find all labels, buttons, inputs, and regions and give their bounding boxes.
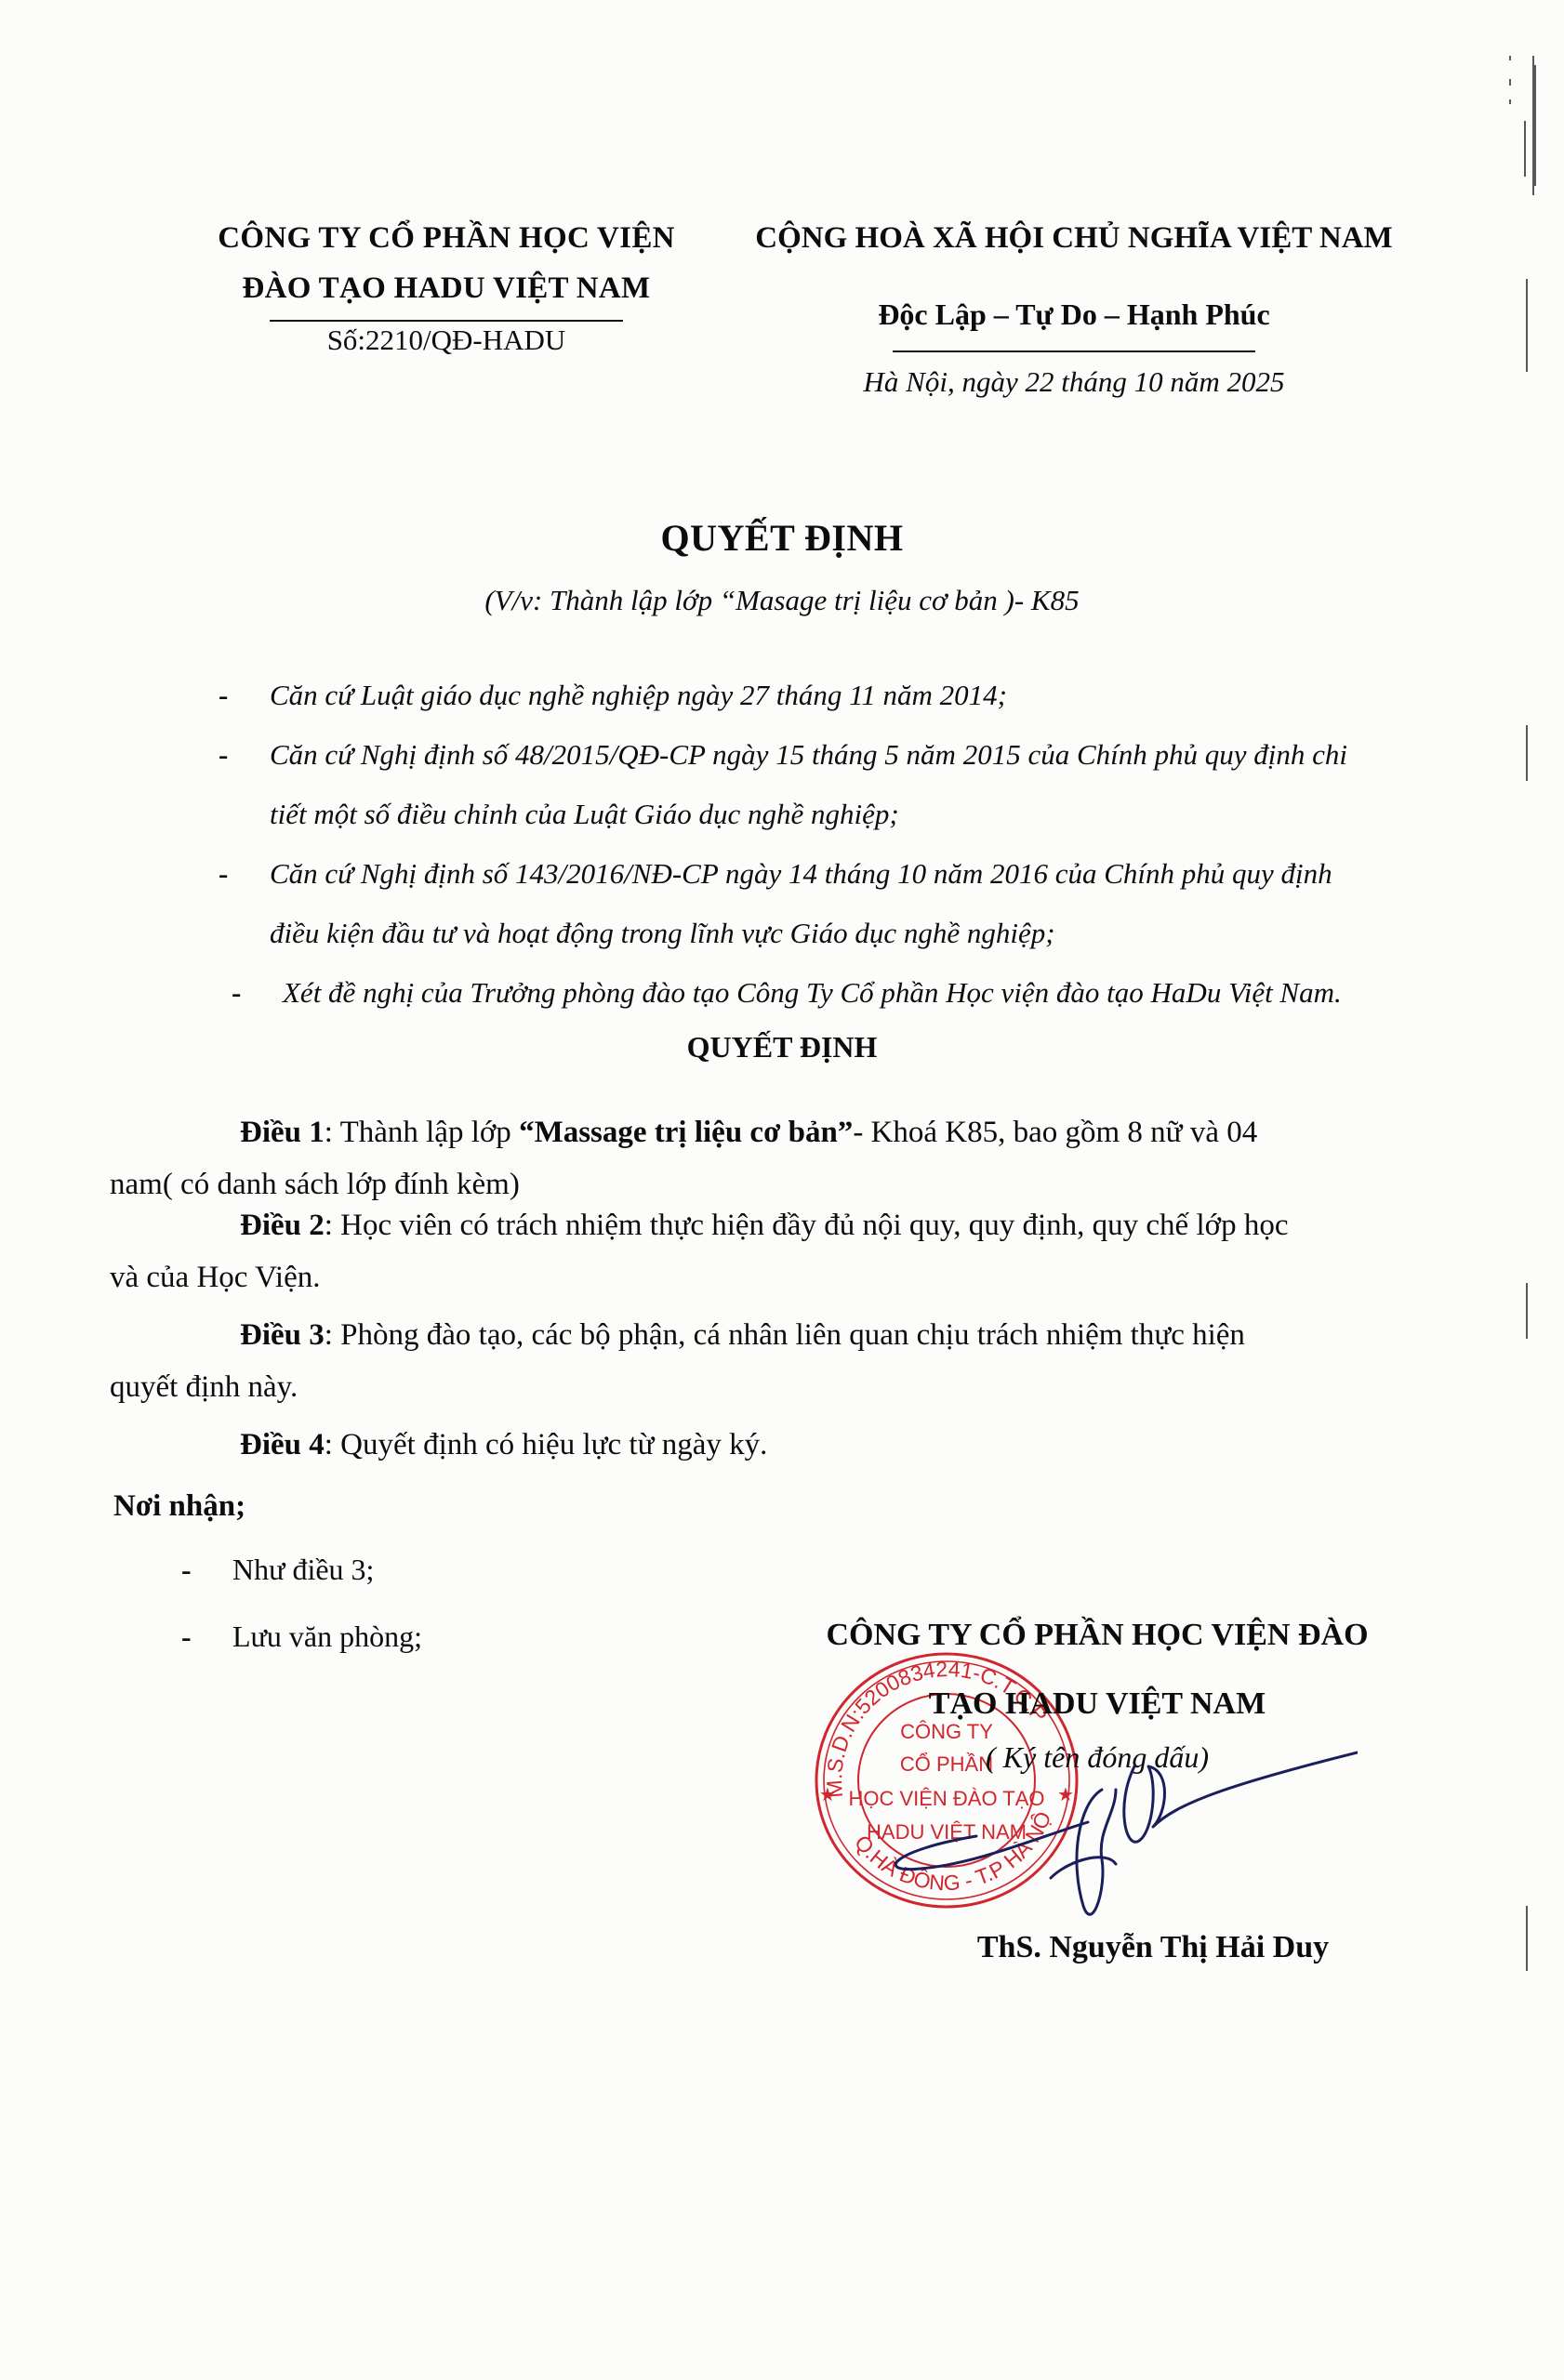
article-text: : Học viên có trách nhiệm thực hiện đầy …	[325, 1209, 1289, 1242]
recipient-item: -Như điều 3;	[181, 1553, 374, 1587]
signer-name: ThS. Nguyễn Thị Hải Duy	[874, 1930, 1432, 1965]
legal-basis-text: Căn cứ Nghị định số 48/2015/QĐ-CP ngày 1…	[270, 725, 1478, 785]
legal-basis-text: điều kiện đầu tư và hoạt động trong lĩnh…	[270, 904, 1478, 963]
legal-basis-text: Căn cứ Luật giáo dục nghề nghiệp ngày 27…	[270, 666, 1478, 725]
nation-name: CỘNG HOÀ XÃ HỘI CHỦ NGHĨA VIỆT NAM	[725, 216, 1423, 260]
recipient-item: -Lưu văn phòng;	[181, 1620, 422, 1654]
legal-basis-item: -Căn cứ Nghị định số 143/2016/NĐ-CP ngày…	[270, 844, 1478, 963]
legal-basis-list: -Căn cứ Luật giáo dục nghề nghiệp ngày 2…	[270, 666, 1478, 1023]
place-date: Hà Nội, ngày 22 tháng 10 năm 2025	[725, 365, 1423, 399]
bullet: -	[219, 844, 228, 904]
recipients-title: Nơi nhận;	[113, 1489, 245, 1524]
issuer-name-line2: ĐÀO TẠO HADU VIỆT NAM	[177, 266, 716, 311]
bullet: -	[181, 1553, 232, 1587]
article-label: Điều 2	[240, 1209, 325, 1242]
divider	[893, 350, 1255, 352]
recipient-text: Như điều 3;	[232, 1553, 374, 1586]
national-header: CỘNG HOÀ XÃ HỘI CHỦ NGHĨA VIỆT NAM Độc L…	[725, 216, 1423, 399]
article-text: : Phòng đào tạo, các bộ phận, cá nhân li…	[325, 1318, 1245, 1352]
article-3: Điều 3: Phòng đào tạo, các bộ phận, cá n…	[110, 1309, 1477, 1413]
article-text: : Quyết định có hiệu lực từ ngày ký.	[325, 1428, 768, 1461]
article-text: - Khoá K85, bao gồm 8 nữ và 04	[853, 1116, 1257, 1149]
legal-basis-item: -Căn cứ Nghị định số 48/2015/QĐ-CP ngày …	[270, 725, 1478, 844]
legal-basis-item: -Căn cứ Luật giáo dục nghề nghiệp ngày 2…	[270, 666, 1478, 725]
article-label: Điều 3	[240, 1318, 325, 1352]
article-label: Điều 1	[240, 1116, 325, 1149]
legal-basis-text: Căn cứ Nghị định số 143/2016/NĐ-CP ngày …	[270, 844, 1478, 904]
svg-text:★: ★	[819, 1785, 836, 1805]
course-name: “Massage trị liệu cơ bản”	[519, 1116, 853, 1149]
document-title: QUYẾT ĐỊNH	[0, 516, 1564, 560]
article-4: Điều 4: Quyết định có hiệu lực từ ngày k…	[110, 1419, 1477, 1471]
bullet: -	[219, 666, 228, 725]
bullet: -	[181, 1620, 232, 1654]
national-motto: Độc Lập – Tự Do – Hạnh Phúc	[725, 297, 1423, 332]
bullet: -	[232, 963, 241, 1023]
legal-basis-text: Xét đề nghị của Trưởng phòng đào tạo Côn…	[283, 963, 1478, 1023]
article-text: : Thành lập lớp	[325, 1116, 519, 1149]
issuer-name-line1: CÔNG TY CỔ PHẦN HỌC VIỆN	[177, 216, 716, 260]
article-text-continued: quyết định này.	[110, 1370, 298, 1404]
article-text-continued: nam( có danh sách lớp đính kèm)	[110, 1168, 520, 1201]
document-subject: (V/v: Thành lập lớp “Masage trị liệu cơ …	[0, 584, 1564, 617]
legal-basis-item: -Xét đề nghị của Trưởng phòng đào tạo Cô…	[283, 963, 1478, 1023]
document-number: Số:2210/QĐ-HADU	[177, 324, 716, 357]
article-1: Điều 1: Thành lập lớp “Massage trị liệu …	[110, 1106, 1477, 1210]
signer-org-line1: CÔNG TY CỔ PHẦN HỌC VIỆN ĐÀO	[762, 1618, 1432, 1653]
article-2: Điều 2: Học viên có trách nhiệm thực hiệ…	[110, 1199, 1477, 1303]
article-text-continued: và của Học Viện.	[110, 1261, 321, 1294]
legal-basis-text: tiết một số điều chỉnh của Luật Giáo dục…	[270, 785, 1478, 844]
decision-heading: QUYẾT ĐỊNH	[0, 1030, 1564, 1064]
signer-org-line2: TẠO HADU VIỆT NAM	[762, 1686, 1432, 1722]
bullet: -	[219, 725, 228, 785]
handwritten-signature-icon	[837, 1748, 1358, 1934]
article-label: Điều 4	[240, 1428, 325, 1461]
recipient-text: Lưu văn phòng;	[232, 1620, 422, 1653]
issuer-block: CÔNG TY CỔ PHẦN HỌC VIỆN ĐÀO TẠO HADU VI…	[177, 216, 716, 357]
scan-edge-marks	[1506, 0, 1564, 2380]
divider	[270, 320, 623, 322]
